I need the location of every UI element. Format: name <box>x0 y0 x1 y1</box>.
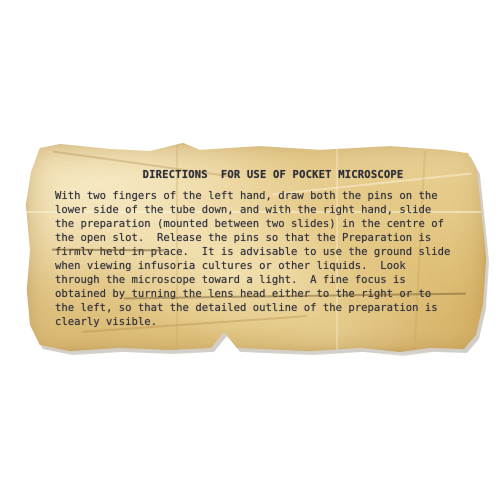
note-line: lower side of the tube down, and with th… <box>55 203 465 217</box>
note-line: firmlv held in place. It is advisable to… <box>55 245 465 259</box>
note-body: With two fingers of the left hand, draw … <box>55 189 465 329</box>
paper-note: DIRECTIONS FOR USE OF POCKET MICROSCOPE … <box>24 141 488 353</box>
photo-background: DIRECTIONS FOR USE OF POCKET MICROSCOPE … <box>0 0 500 500</box>
note-title: DIRECTIONS FOR USE OF POCKET MICROSCOPE <box>55 169 473 181</box>
note-line: clearly visible. <box>55 315 465 329</box>
note-line: the left, so that the detailed outline o… <box>55 301 465 315</box>
note-line: With two fingers of the left hand, draw … <box>55 189 465 203</box>
note-line: the open slot. Release the pins so that … <box>55 231 465 245</box>
note-line: the preparation (mounted between two sli… <box>55 217 465 231</box>
note-line: through the microscope toward a light. A… <box>55 273 465 287</box>
note-line: obtained by turning the lens head either… <box>55 287 465 301</box>
note-line: when viewing infusoria cultures or other… <box>55 259 465 273</box>
